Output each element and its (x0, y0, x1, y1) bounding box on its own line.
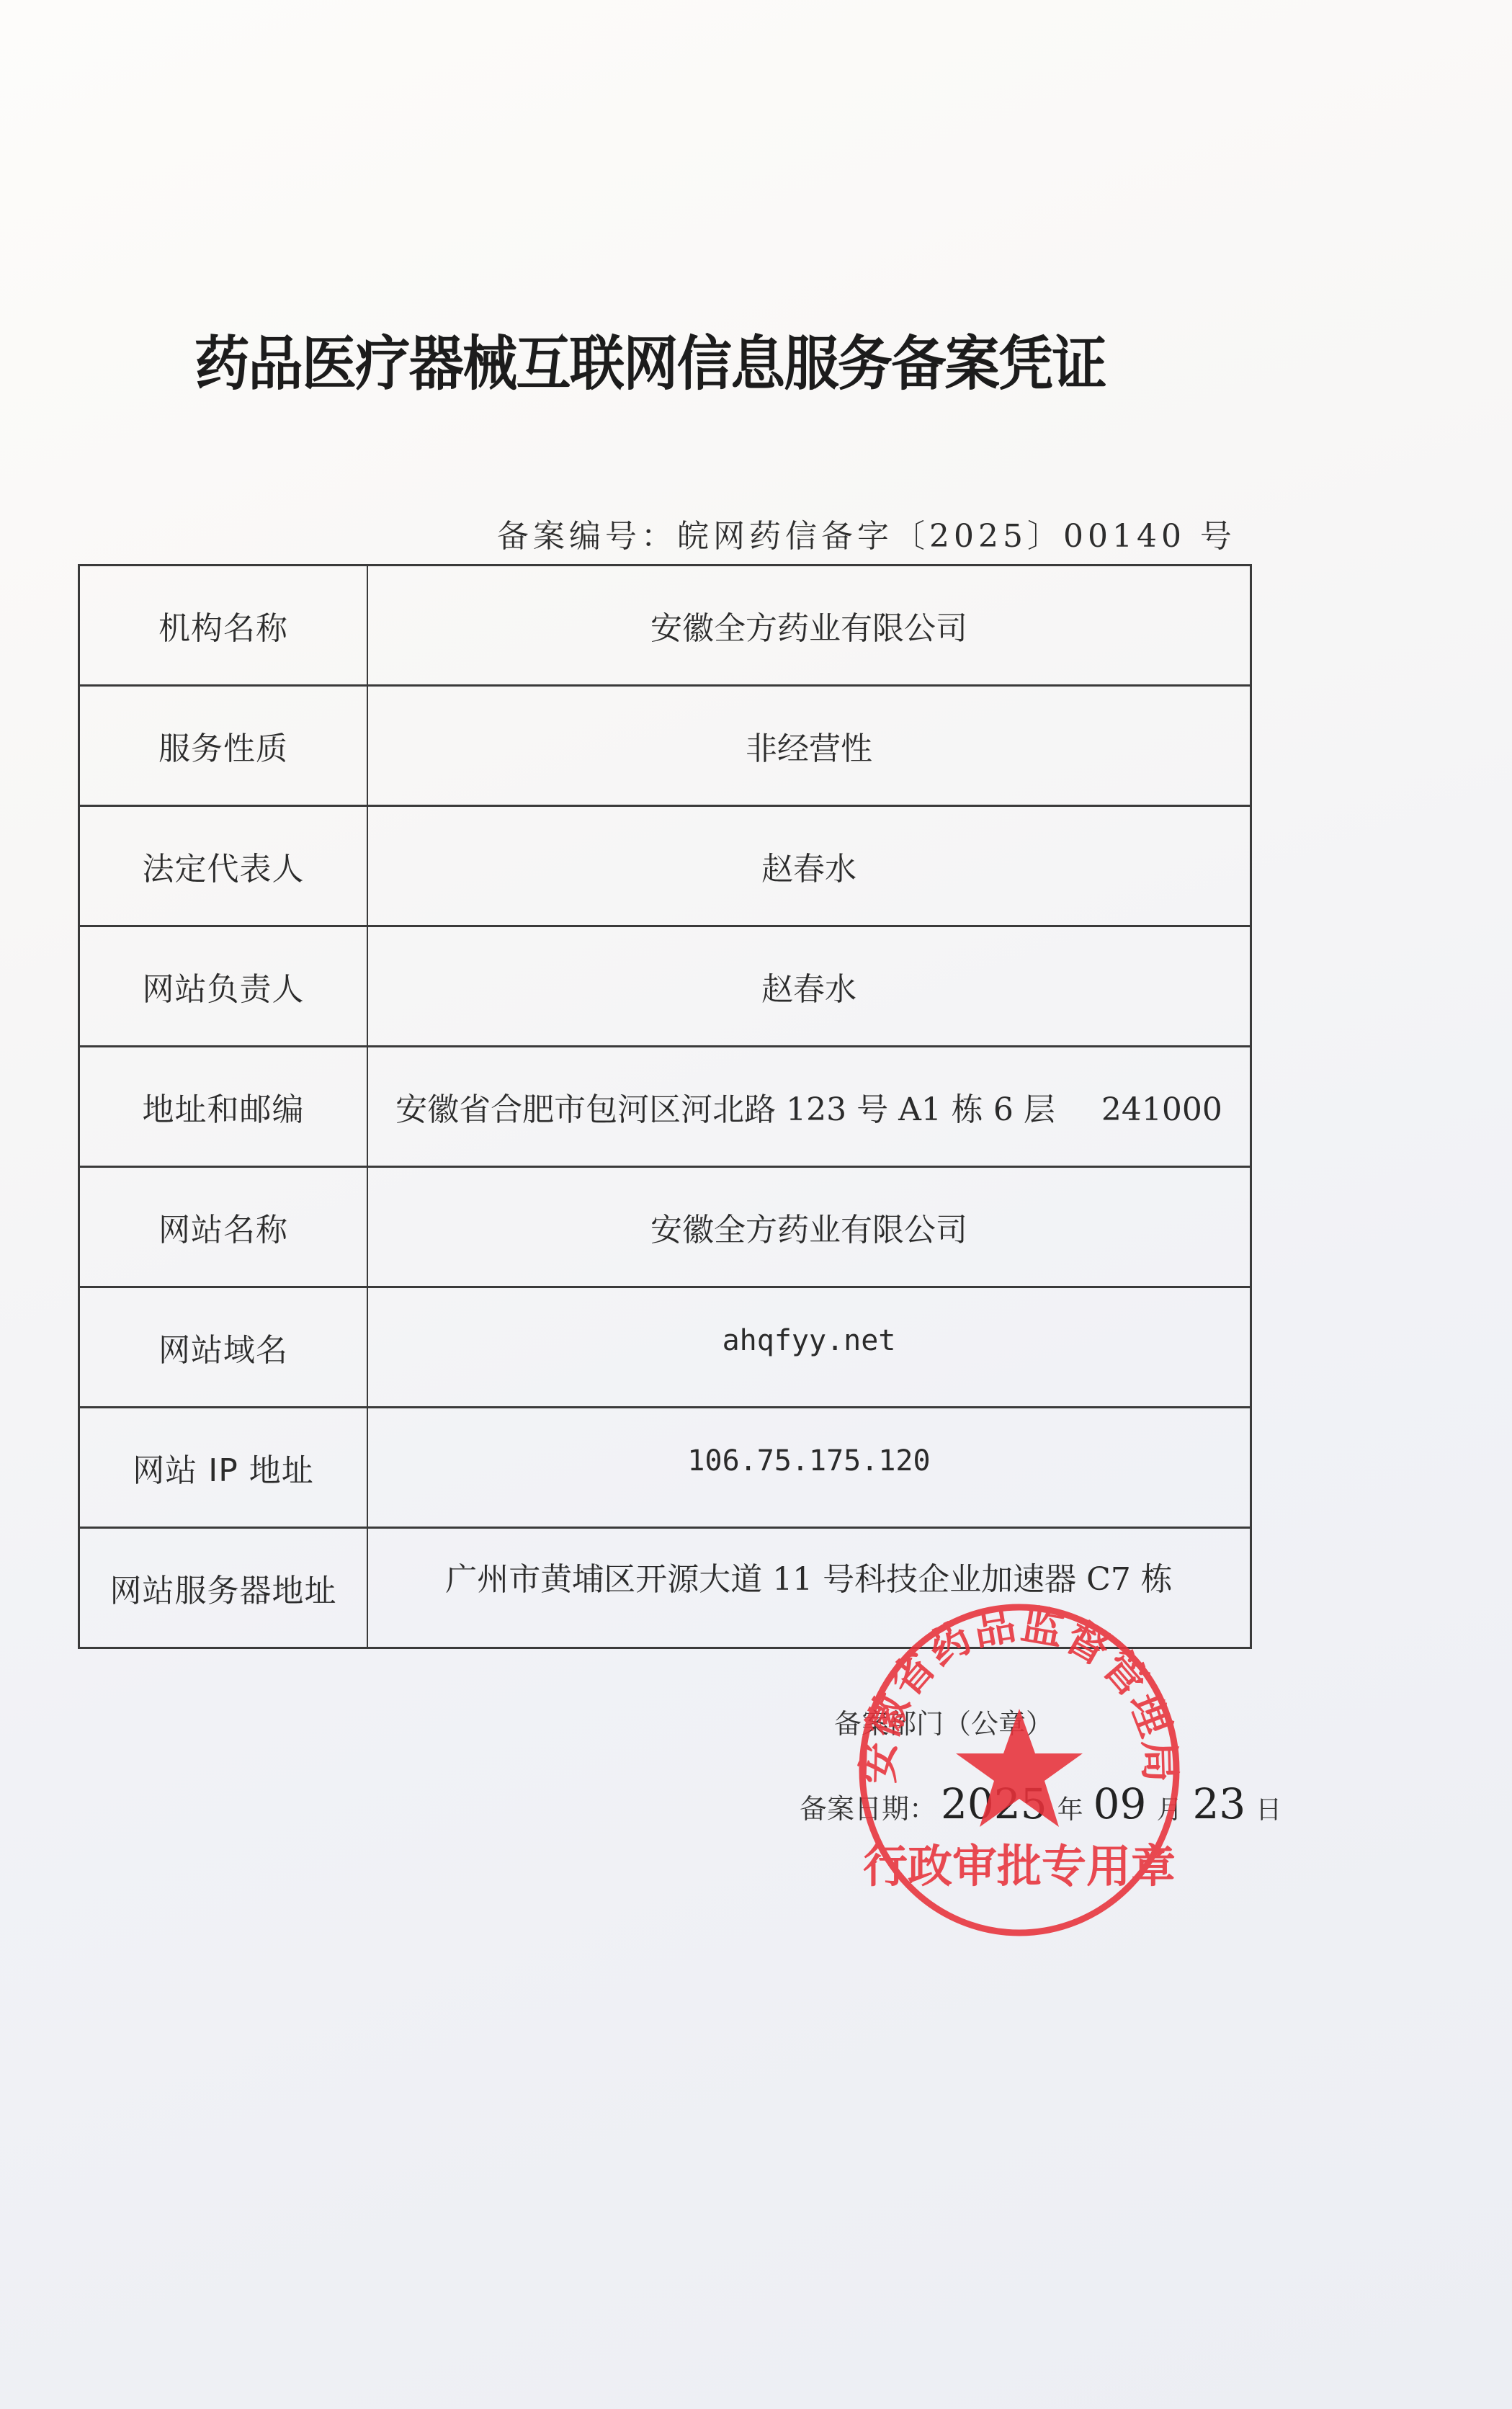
row-label: 网站服务器地址 (79, 1528, 368, 1648)
row-label: 机构名称 (79, 566, 368, 686)
table-row-server-address: 网站服务器地址 广州市黄埔区开源大道 11 号科技企业加速器 C7 栋 (79, 1528, 1251, 1648)
filing-date-label: 备案日期： (800, 1793, 936, 1825)
table-row-service-nature: 服务性质 非经营性 (79, 686, 1251, 806)
row-label: 网站名称 (79, 1167, 368, 1287)
table-row-domain: 网站域名 ahqfyy.net (79, 1287, 1251, 1408)
org-name-value: 安徽全方药业有限公司 (367, 566, 1251, 686)
site-name-value: 安徽全方药业有限公司 (367, 1167, 1251, 1287)
filing-department-label: 备案部门（公章） (834, 1702, 1053, 1741)
record-number: 备案编号：皖网药信备字〔2025〕00140 号 (497, 510, 1236, 556)
row-label: 法定代表人 (79, 806, 368, 926)
site-owner-value: 赵春水 (367, 926, 1251, 1047)
table-row-site-owner: 网站负责人 赵春水 (79, 926, 1251, 1047)
table-row-ip: 网站 IP 地址 106.75.175.120 (79, 1408, 1251, 1528)
address-value: 安徽省合肥市包河区河北路 123 号 A1 栋 6 层 (395, 1091, 1055, 1128)
filing-day: 23 (1192, 1779, 1245, 1828)
table-row-site-name: 网站名称 安徽全方药业有限公司 (79, 1167, 1251, 1287)
stamp-bottom-text: 行政审批专用章 (863, 1840, 1176, 1892)
row-label: 地址和邮编 (79, 1047, 368, 1167)
year-unit: 年 (1057, 1795, 1083, 1825)
document-title: 药品医疗器械互联网信息服务备案凭证 (194, 317, 1079, 401)
day-unit: 日 (1256, 1795, 1281, 1825)
filing-date: 备案日期：2025年09月23日 (800, 1779, 1287, 1828)
server-address-value: 广州市黄埔区开源大道 11 号科技企业加速器 C7 栋 (367, 1528, 1251, 1648)
postcode-value: 241000 (1101, 1091, 1222, 1128)
official-seal-icon: 安徽省药品监督管理局 行政审批专用章 (854, 1601, 1185, 1939)
table-row-address: 地址和邮编 安徽省合肥市包河区河北路 123 号 A1 栋 6 层241000 (79, 1047, 1251, 1167)
record-info-table: 机构名称 安徽全方药业有限公司 服务性质 非经营性 法定代表人 赵春水 网站负责… (78, 564, 1252, 1649)
month-unit: 月 (1156, 1795, 1182, 1825)
filing-month: 09 (1093, 1779, 1147, 1828)
service-nature-value: 非经营性 (367, 686, 1251, 806)
address-cell: 安徽省合肥市包河区河北路 123 号 A1 栋 6 层241000 (367, 1047, 1251, 1167)
table-row-org-name: 机构名称 安徽全方药业有限公司 (79, 566, 1251, 686)
row-label: 网站 IP 地址 (79, 1408, 368, 1528)
domain-value: ahqfyy.net (367, 1287, 1251, 1408)
filing-year: 2025 (941, 1779, 1047, 1828)
ip-value: 106.75.175.120 (367, 1408, 1251, 1528)
row-label: 网站负责人 (79, 926, 368, 1047)
table-row-legal-rep: 法定代表人 赵春水 (79, 806, 1251, 926)
row-label: 网站域名 (79, 1287, 368, 1408)
row-label: 服务性质 (79, 686, 368, 806)
legal-rep-value: 赵春水 (367, 806, 1251, 926)
